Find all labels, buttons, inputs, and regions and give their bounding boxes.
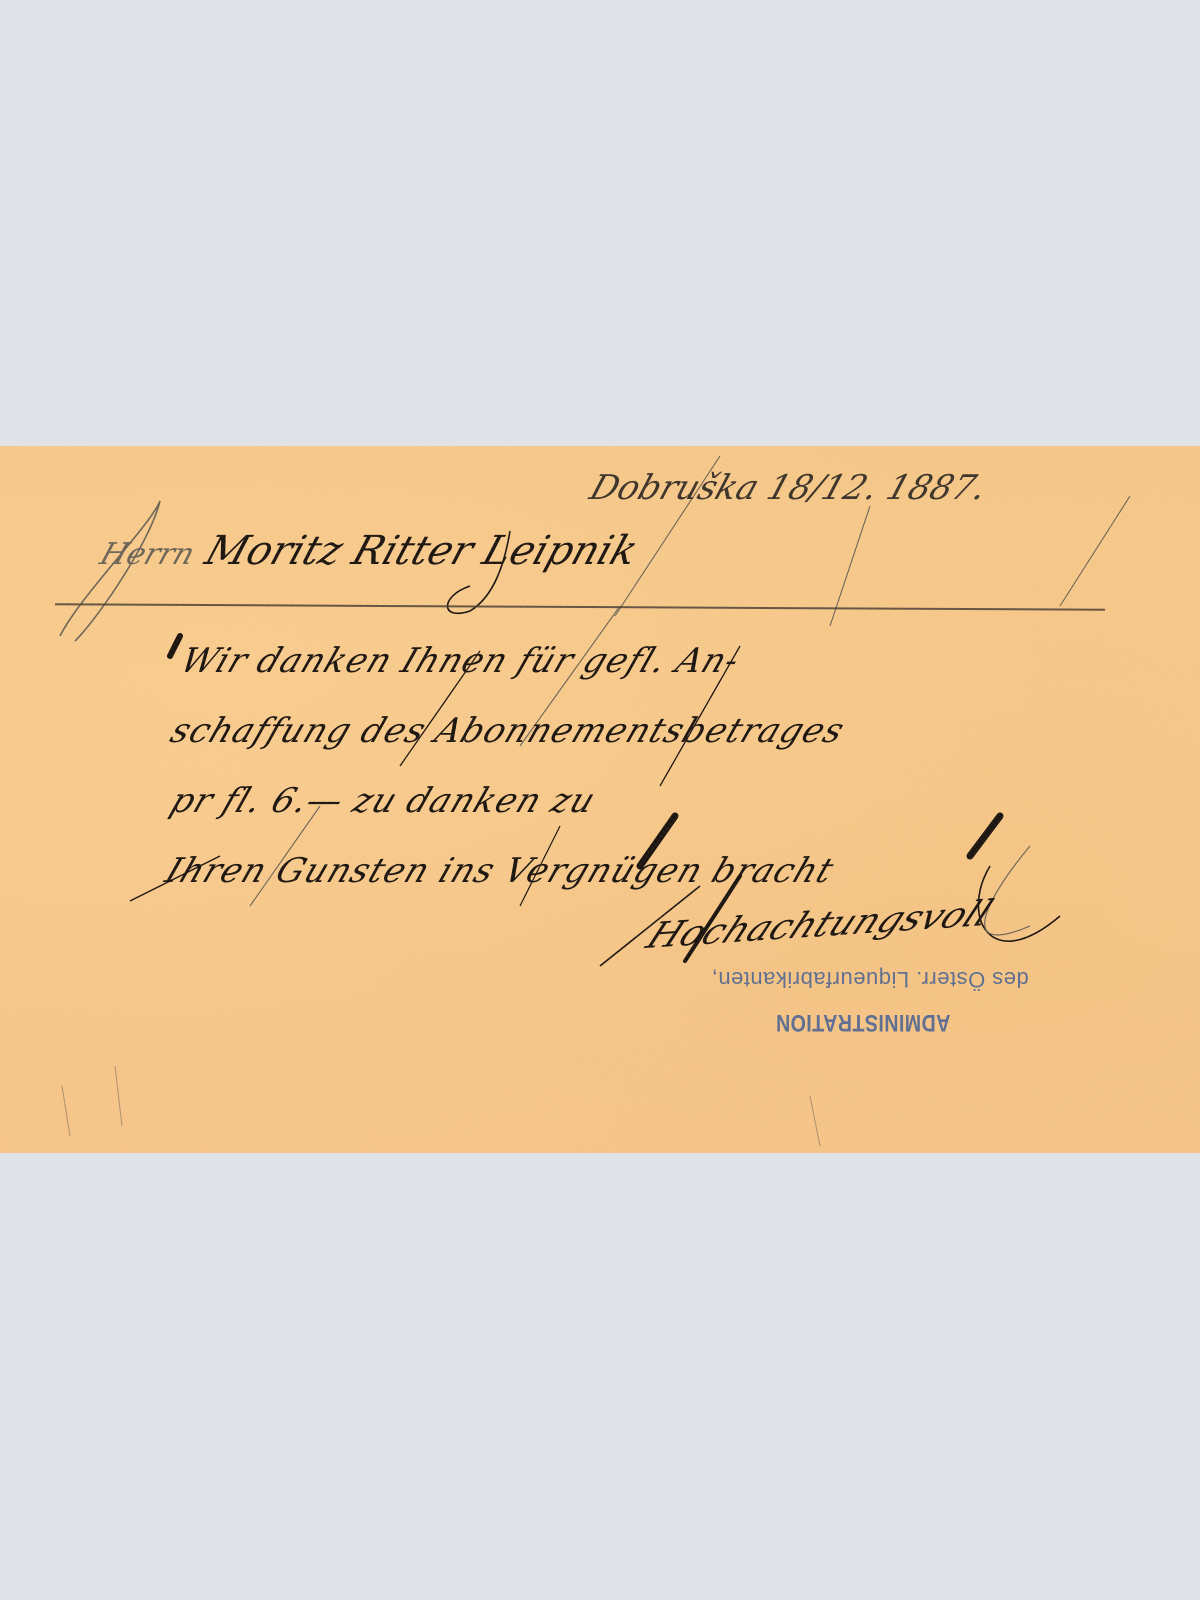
address-underline — [55, 603, 1105, 610]
postcard: Dobruška 18/12. 1887. Herrn Moritz Ritte… — [0, 446, 1200, 1153]
salutation: Herrn — [96, 537, 199, 572]
address-line: Herrn Moritz Ritter Leipnik — [95, 528, 643, 574]
signature: Hochachtungsvoll — [640, 893, 999, 957]
place-date: Dobruška 18/12. 1887. — [585, 468, 992, 508]
recipient-name: Moritz Ritter Leipnik — [200, 528, 644, 574]
body-line-3: pr fl. 6.— zu danken zu — [165, 781, 601, 821]
stamp-organization: des Österr. Liqueurfabrikanten, — [680, 966, 1060, 992]
body-line-2: schaffung des Abonnementsbetrages — [165, 711, 850, 751]
body-line-1: Wir danken Ihnen für gefl. An- — [175, 641, 746, 681]
stamp-administration: ADMINISTRATION — [769, 1008, 958, 1036]
body-line-4: Ihren Gunsten ins Vergnügen bracht — [160, 851, 840, 891]
